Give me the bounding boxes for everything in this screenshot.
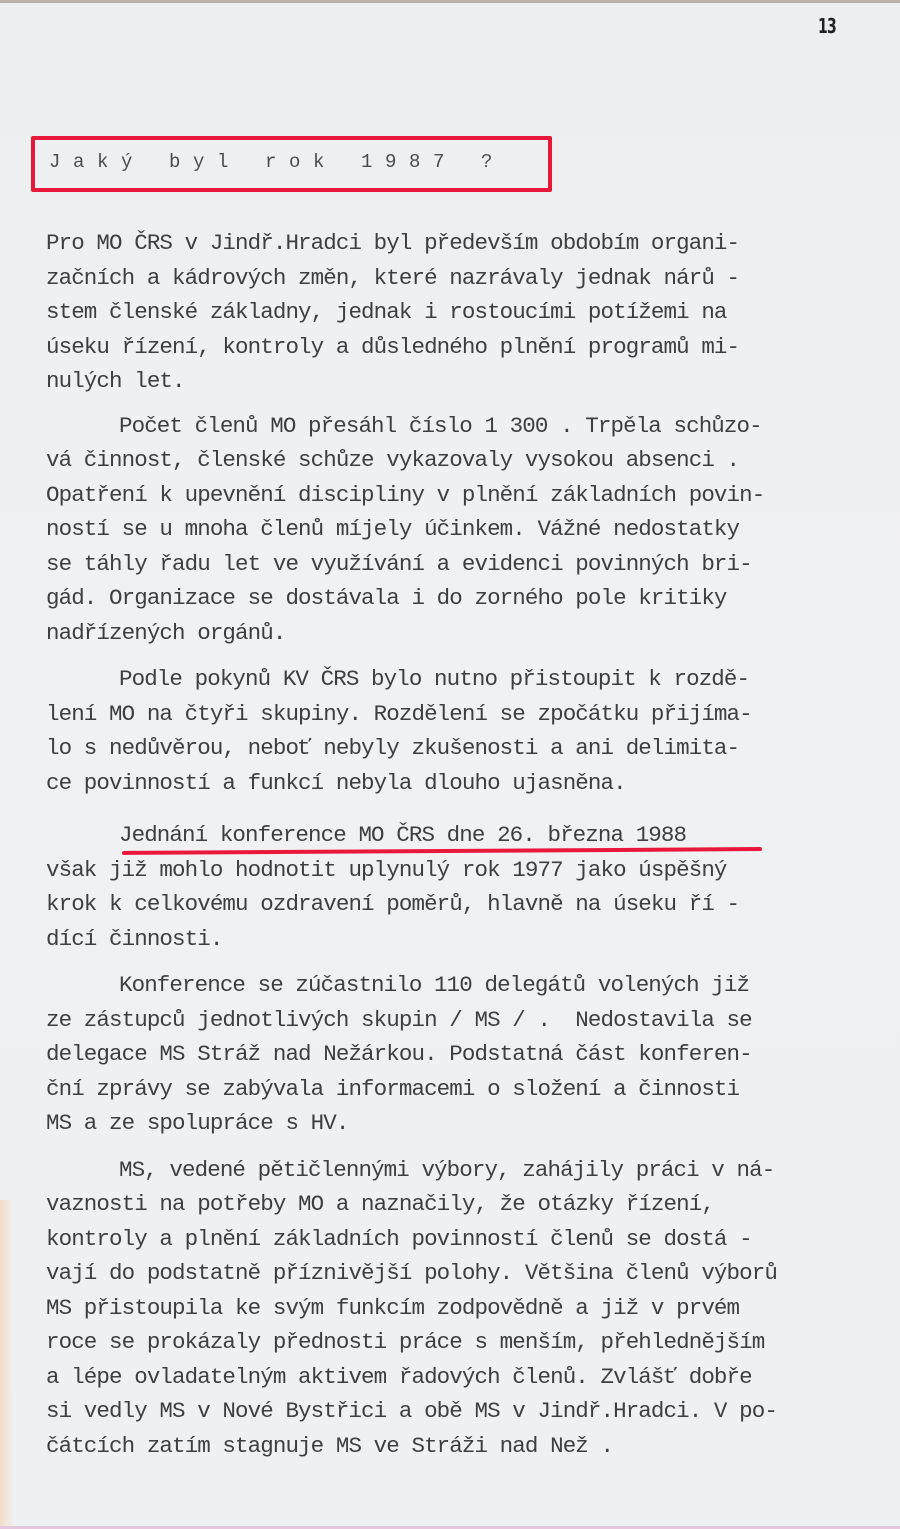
- text-line: ční zprávy se zabývala informacemi o slo…: [46, 1072, 886, 1107]
- text-line: vají do podstatně příznivější polohy. Vě…: [46, 1256, 886, 1291]
- paragraph: Konference se zúčastnilo 110 delegátů vo…: [46, 968, 886, 1141]
- text-line: úseku řízení, kontroly a důsledného plně…: [46, 330, 886, 365]
- page-number: 13: [818, 14, 836, 38]
- text-line: Konference se zúčastnilo 110 delegátů vo…: [46, 968, 886, 1003]
- text-line: Pro MO ČRS v Jindř.Hradci byl především …: [46, 226, 886, 261]
- text-line: lo s nedůvěrou, neboť nebyly zkušenosti …: [46, 731, 886, 766]
- text-line: kontroly a plnění základních povinností …: [46, 1222, 886, 1257]
- text-line: nulých let.: [46, 364, 886, 399]
- text-line: začních a kádrových změn, které nazrával…: [46, 261, 886, 296]
- title-box: Jaký byl rok 1987 ?: [31, 136, 552, 192]
- body-text: Pro MO ČRS v Jindř.Hradci byl především …: [46, 226, 886, 1463]
- text-line: krok k celkovému ozdravení poměrů, hlavn…: [46, 887, 886, 922]
- paragraph: Podle pokynů KV ČRS bylo nutno přistoupi…: [46, 662, 886, 800]
- text-line: a lépe ovladatelným aktivem řadových čle…: [46, 1360, 886, 1395]
- paragraph: Pro MO ČRS v Jindř.Hradci byl především …: [46, 226, 886, 399]
- text-line: vaznosti na potřeby MO a naznačily, že o…: [46, 1187, 886, 1222]
- text-line: dící činnosti.: [46, 922, 886, 957]
- text-line: ce povinností a funkcí nebyla dlouho uja…: [46, 766, 886, 801]
- text-line: stem členské základny, jednak i rostoucí…: [46, 295, 886, 330]
- text-line: lení MO na čtyři skupiny. Rozdělení se z…: [46, 697, 886, 732]
- page-title: Jaký byl rok 1987 ?: [49, 151, 505, 173]
- text-line: MS, vedené pětičlennými výbory, zahájily…: [46, 1153, 886, 1188]
- text-line: MS a ze spolupráce s HV.: [46, 1106, 886, 1141]
- text-line: gád. Organizace se dostávala i do zornéh…: [46, 581, 886, 616]
- text-line: nadřízených orgánů.: [46, 616, 886, 651]
- text-line: delegace MS Stráž nad Nežárkou. Podstatn…: [46, 1037, 886, 1072]
- page-left-stain: [0, 1200, 14, 1529]
- document-page: 13 Jaký byl rok 1987 ? Pro MO ČRS v Jind…: [0, 0, 900, 1529]
- text-line: čátcích zatím stagnuje MS ve Stráži nad …: [46, 1429, 886, 1464]
- text-line: však již mohlo hodnotit uplynulý rok 197…: [46, 853, 886, 888]
- text-line: ze zástupců jednotlivých skupin / MS / .…: [46, 1003, 886, 1038]
- text-line: Počet členů MO přesáhl číslo 1 300 . Trp…: [46, 409, 886, 444]
- text-line: Podle pokynů KV ČRS bylo nutno přistoupi…: [46, 662, 886, 697]
- text-line: MS přistoupila ke svým funkcím zodpovědn…: [46, 1291, 886, 1326]
- text-line: Opatření k upevnění discipliny v plnění …: [46, 478, 886, 513]
- text-line: roce se prokázaly přednosti práce s menš…: [46, 1325, 886, 1360]
- page-top-edge: [0, 0, 900, 3]
- paragraph: MS, vedené pětičlennými výbory, zahájily…: [46, 1153, 886, 1464]
- text-line: se táhly řadu let ve využívání a evidenc…: [46, 547, 886, 582]
- paragraph: Počet členů MO přesáhl číslo 1 300 . Trp…: [46, 409, 886, 651]
- text-line: ností se u mnoha členů míjely účinkem. V…: [46, 512, 886, 547]
- paragraph: Jednání konference MO ČRS dne 26. března…: [46, 818, 886, 956]
- text-line: Jednání konference MO ČRS dne 26. března…: [46, 818, 886, 853]
- text-line: si vedly MS v Nové Bystřici a obě MS v J…: [46, 1394, 886, 1429]
- text-line: vá činnost, členské schůze vykazovaly vy…: [46, 443, 886, 478]
